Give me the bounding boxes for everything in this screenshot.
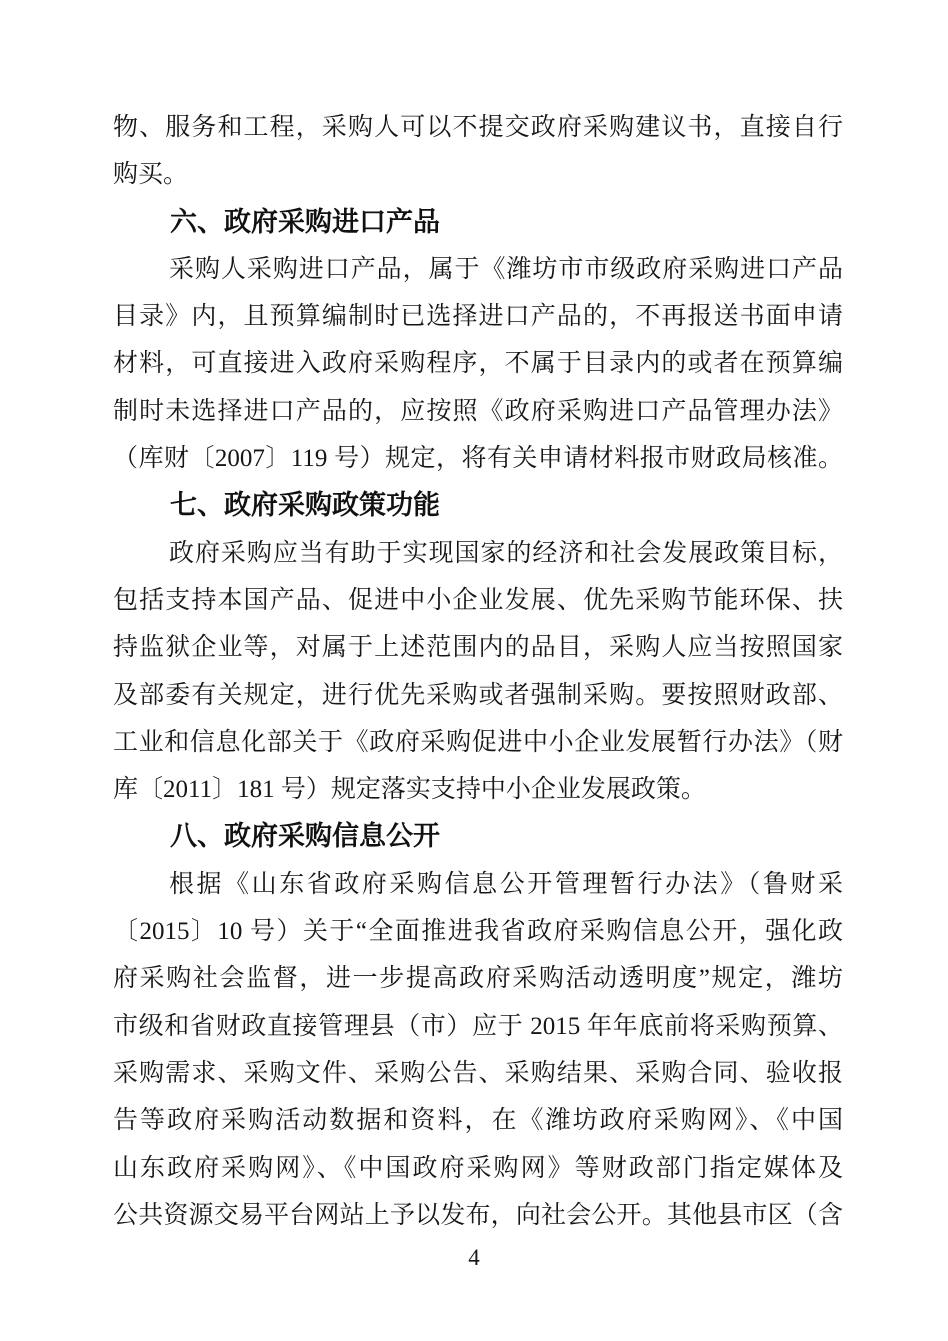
text-line: 山东政府采购网》、《中国政府采购网》等财政部门指定媒体及	[113, 1145, 843, 1192]
text-line: 购买。	[113, 151, 843, 198]
text-line: 采购人采购进口产品，属于《潍坊市市级政府采购进口产品	[113, 246, 843, 293]
section-heading-8: 八、政府采购信息公开	[113, 813, 843, 860]
text-line: 采购需求、采购文件、采购公告、采购结果、采购合同、验收报	[113, 1050, 843, 1097]
text-line: 告等政府采购活动数据和资料，在《潍坊政府采购网》、《中国	[113, 1097, 843, 1144]
text-line: 政府采购应当有助于实现国家的经济和社会发展政策目标，	[113, 530, 843, 577]
text-line: 库〔2011〕181 号）规定落实支持中小企业发展政策。	[113, 766, 843, 813]
text-line: 〔2015〕10 号）关于“全面推进我省政府采购信息公开，强化政	[113, 908, 843, 955]
text-line: 公共资源交易平台网站上予以发布，向社会公开。其他县市区（含	[113, 1192, 843, 1239]
text-line: 包括支持本国产品、促进中小企业发展、优先采购节能环保、扶	[113, 577, 843, 624]
section-heading-6: 六、政府采购进口产品	[113, 199, 843, 246]
text-line: 及部委有关规定，进行优先采购或者强制采购。要按照财政部、	[113, 672, 843, 719]
page-number: 4	[0, 1243, 948, 1273]
section-heading-7: 七、政府采购政策功能	[113, 482, 843, 529]
text-line: 材料，可直接进入政府采购程序，不属于目录内的或者在预算编	[113, 340, 843, 387]
text-line: 制时未选择进口产品的，应按照《政府采购进口产品管理办法》	[113, 388, 843, 435]
document-body: 物、服务和工程，采购人可以不提交政府采购建议书，直接自行 购买。 六、政府采购进…	[113, 104, 843, 1239]
text-line: 目录》内，且预算编制时已选择进口产品的，不再报送书面申请	[113, 293, 843, 340]
document-page: 物、服务和工程，采购人可以不提交政府采购建议书，直接自行 购买。 六、政府采购进…	[0, 0, 948, 1341]
text-line: 工业和信息化部关于《政府采购促进中小企业发展暂行办法》（财	[113, 719, 843, 766]
text-line: （库财〔2007〕119 号）规定，将有关申请材料报市财政局核准。	[113, 435, 843, 482]
text-line: 物、服务和工程，采购人可以不提交政府采购建议书，直接自行	[113, 104, 843, 151]
text-line: 根据《山东省政府采购信息公开管理暂行办法》（鲁财采	[113, 861, 843, 908]
text-line: 市级和省财政直接管理县（市）应于 2015 年年底前将采购预算、	[113, 1003, 843, 1050]
text-line: 府采购社会监督，进一步提高政府采购活动透明度”规定，潍坊	[113, 955, 843, 1002]
text-line: 持监狱企业等，对属于上述范围内的品目，采购人应当按照国家	[113, 624, 843, 671]
